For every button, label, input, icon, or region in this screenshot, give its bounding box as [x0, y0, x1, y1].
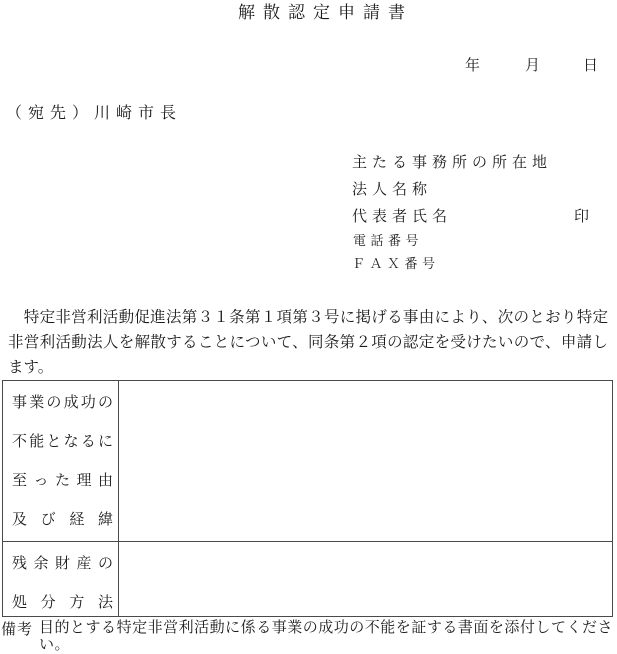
date-year-label: 年 — [465, 54, 480, 75]
remarks-note: 備考 目的とする特定非営利活動に係る事業の成功の不能を証する書面を添付してくださ… — [1, 620, 613, 654]
row-label-line: 不能となるに — [12, 423, 113, 462]
corporation-name-label: 法人名称 — [352, 183, 432, 198]
phone-number-label: 電話番号 — [353, 234, 423, 247]
fax-number-label: ＦＡＸ番号 — [352, 257, 440, 270]
body-paragraph: 特定非営利活動促進法第３１条第１項第３号に掲げる事由により、次のとおり特定非営利… — [8, 305, 608, 380]
row-label-reason: 事業の成功の 不能となるに 至った理由 及び経緯 — [3, 381, 119, 541]
remarks-label: 備考 — [1, 622, 33, 639]
remarks-text: 目的とする特定非営利活動に係る事業の成功の不能を証する書面を添付してください。 — [39, 620, 613, 654]
table-row: 残余財産の 処分方法 — [3, 542, 612, 616]
form-title: 解散認定申請書 — [238, 4, 413, 21]
row-label-line: 及び経緯 — [12, 501, 113, 540]
row-label-residual-assets: 残余財産の 処分方法 — [3, 542, 119, 616]
row-value-residual-assets — [119, 542, 612, 616]
row-label-line: 至った理由 — [12, 462, 113, 501]
date-day-label: 日 — [583, 54, 598, 75]
office-address-label: 主たる事務所の所在地 — [352, 156, 552, 171]
row-label-line: 事業の成功の — [12, 384, 113, 423]
table-row: 事業の成功の 不能となるに 至った理由 及び経緯 — [3, 381, 612, 542]
row-value-reason — [119, 381, 612, 541]
reason-table: 事業の成功の 不能となるに 至った理由 及び経緯 残余財産の 処分方法 — [2, 380, 613, 617]
seal-mark: 印 — [574, 210, 589, 225]
representative-name-label: 代表者氏名 — [352, 210, 452, 225]
row-label-line: 残余財産の — [12, 545, 113, 584]
date-month-label: 月 — [525, 54, 540, 75]
dissolution-certification-application-form: 解散認定申請書 年 月 日 （宛先）川崎市長 主たる事務所の所在地 法人名称 代… — [0, 0, 617, 654]
row-label-line: 処分方法 — [12, 584, 113, 623]
addressee-line: （宛先）川崎市長 — [6, 106, 182, 122]
